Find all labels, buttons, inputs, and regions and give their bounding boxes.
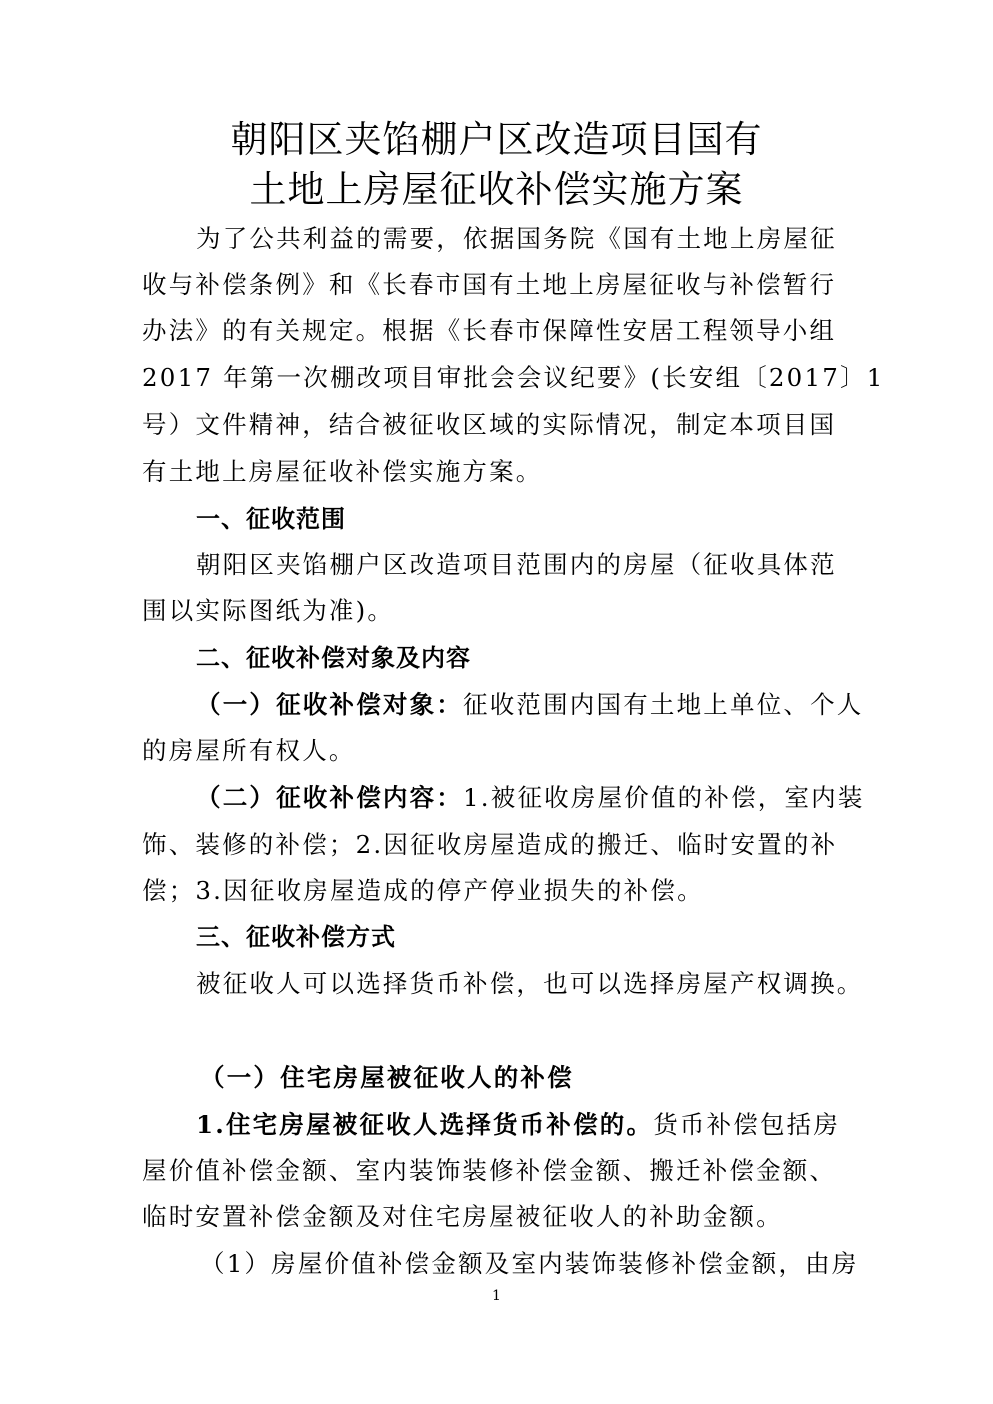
residential-p1-cont: 屋价值补偿金额、室内装饰装修补偿金额、搬迁补偿金额、 bbox=[142, 1154, 862, 1188]
objects-item-2-cont: 偿；3.因征收房屋造成的停产停业损失的补偿。 bbox=[142, 874, 862, 908]
preamble-line: 有土地上房屋征收补偿实施方案。 bbox=[142, 455, 862, 489]
residential-p1-cont: 临时安置补偿金额及对住宅房屋被征收人的补助金额。 bbox=[142, 1200, 862, 1234]
preamble-line: 办法》的有关规定。根据《长春市保障性安居工程领导小组 bbox=[142, 314, 862, 348]
objects-item-1-label: （一）征收补偿对象： bbox=[196, 690, 463, 719]
preamble-line: 收与补偿条例》和《长春市国有土地上房屋征收与补偿暂行 bbox=[142, 268, 862, 302]
residential-p1: 1.住宅房屋被征收人选择货币补偿的。货币补偿包括房 bbox=[196, 1108, 916, 1142]
document-title-line-1: 朝阳区夹馅棚户区改造项目国有 bbox=[0, 116, 993, 164]
preamble-line: 号）文件精神，结合被征收区域的实际情况，制定本项目国 bbox=[142, 408, 862, 442]
methods-line: 被征收人可以选择货币补偿，也可以选择房屋产权调换。 bbox=[196, 967, 916, 1001]
objects-item-2-cont: 饰、装修的补偿；2.因征收房屋造成的搬迁、临时安置的补 bbox=[142, 828, 862, 862]
document-title-line-2: 土地上房屋征收补偿实施方案 bbox=[0, 166, 993, 214]
objects-item-1-cont: 的房屋所有权人。 bbox=[142, 734, 862, 768]
residential-p1-text: 货币补偿包括房 bbox=[653, 1110, 840, 1139]
document-page: 朝阳区夹馅棚户区改造项目国有 土地上房屋征收补偿实施方案 为了公共利益的需要，依… bbox=[0, 0, 993, 1404]
objects-item-1: （一）征收补偿对象：征收范围内国有土地上单位、个人 bbox=[196, 688, 916, 722]
page-number: 1 bbox=[0, 1288, 993, 1304]
preamble-line: 2017 年第一次棚改项目审批会会议纪要》(长安组〔2017〕1 bbox=[142, 361, 862, 395]
section-heading-scope: 一、征收范围 bbox=[196, 502, 916, 536]
objects-item-2: （二）征收补偿内容：1.被征收房屋价值的补偿，室内装 bbox=[196, 781, 916, 815]
residential-p1-label: 1.住宅房屋被征收人选择货币补偿的。 bbox=[196, 1110, 653, 1139]
objects-item-1-text: 征收范围内国有土地上单位、个人 bbox=[463, 690, 864, 719]
scope-line: 朝阳区夹馅棚户区改造项目范围内的房屋（征收具体范 bbox=[196, 548, 916, 582]
section-heading-methods: 三、征收补偿方式 bbox=[196, 920, 916, 954]
objects-item-2-label: （二）征收补偿内容： bbox=[196, 783, 463, 812]
section-heading-objects: 二、征收补偿对象及内容 bbox=[196, 641, 916, 675]
preamble-line: 为了公共利益的需要，依据国务院《国有土地上房屋征 bbox=[196, 222, 916, 256]
objects-item-2-text: 1.被征收房屋价值的补偿，室内装 bbox=[463, 783, 865, 812]
residential-subheading: （一）住宅房屋被征收人的补偿 bbox=[200, 1061, 920, 1095]
residential-p2: （1）房屋价值补偿金额及室内装饰装修补偿金额，由房 bbox=[200, 1247, 920, 1281]
scope-line: 围以实际图纸为准)。 bbox=[142, 594, 862, 628]
